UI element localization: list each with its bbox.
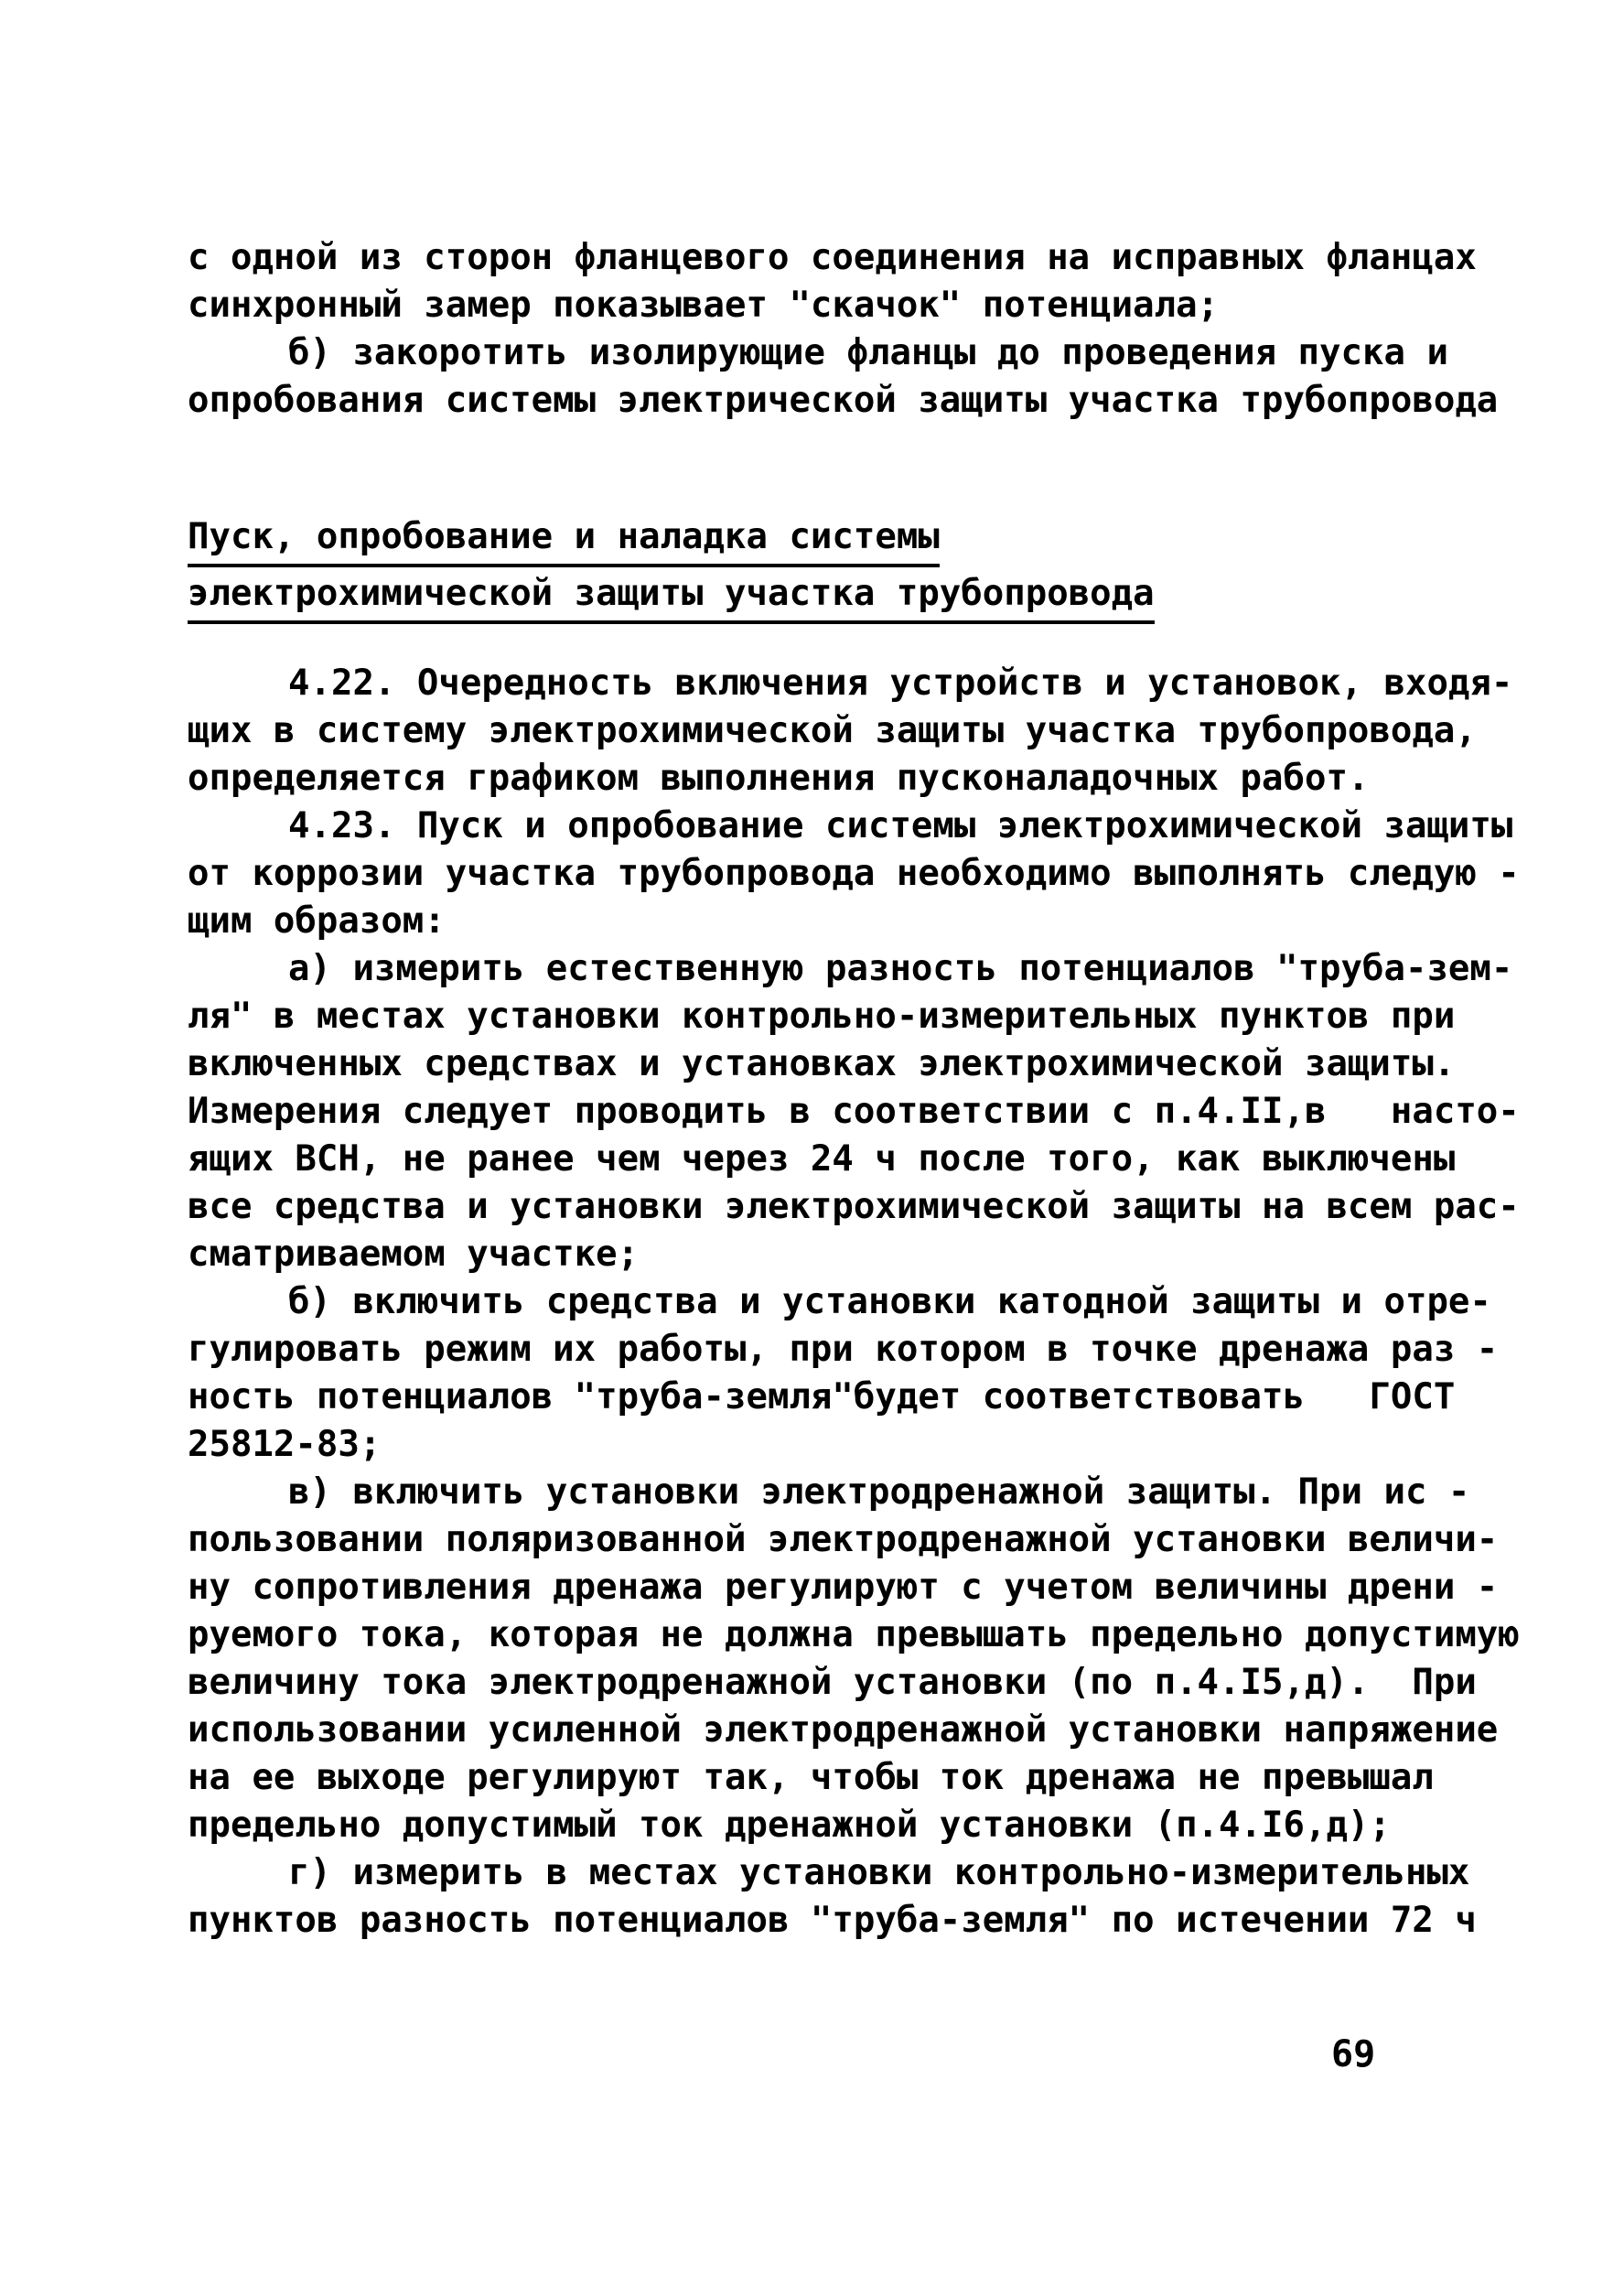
text-line: щим образом:	[188, 898, 1551, 945]
text-line: Пуск, опробование и наладка системы	[188, 514, 940, 567]
text-line: величину тока электродренажной установки…	[188, 1659, 1551, 1707]
text-line: определяется графиком выполнения пускона…	[188, 755, 1551, 803]
text-line: сматриваемом участке;	[188, 1231, 1551, 1278]
text-line: гулировать режим их работы, при котором …	[188, 1326, 1551, 1374]
text-line: 4.22. Очередность включения устройств и …	[188, 660, 1551, 707]
text-line: использовании усиленной электродренажной…	[188, 1707, 1551, 1754]
text-line: пользовании поляризованной электродренаж…	[188, 1516, 1551, 1564]
text-line: с одной из сторон фланцевого соединения …	[188, 234, 1551, 282]
text-line: электрохимической защиты участка трубопр…	[188, 571, 1155, 624]
text-line: все средства и установки электрохимическ…	[188, 1183, 1551, 1231]
section-heading: Пуск, опробование и наладка системыэлект…	[188, 514, 1551, 628]
text-line: б) закоротить изолирующие фланцы до пров…	[188, 329, 1551, 377]
text-line: щих в систему электрохимической защиты у…	[188, 707, 1551, 755]
text-line: Измерения следует проводить в соответств…	[188, 1088, 1551, 1136]
text-line: пунктов разность потенциалов "труба-земл…	[188, 1897, 1551, 1945]
text-line: ящих ВСН, не ранее чем через 24 ч после …	[188, 1136, 1551, 1183]
intro-paragraph: с одной из сторон фланцевого соединения …	[188, 234, 1551, 425]
text-line: руемого тока, которая не должна превышат…	[188, 1611, 1551, 1659]
document-page: с одной из сторон фланцевого соединения …	[0, 0, 1624, 2274]
text-line: ность потенциалов "труба-земля"будет соо…	[188, 1374, 1551, 1421]
text-line: опробования системы электрической защиты…	[188, 377, 1551, 425]
text-line: ну сопротивления дренажа регулируют с уч…	[188, 1564, 1551, 1611]
text-line: в) включить установки электродренажной з…	[188, 1469, 1551, 1516]
text-line: 4.23. Пуск и опробование системы электро…	[188, 803, 1551, 850]
text-line: б) включить средства и установки катодно…	[188, 1278, 1551, 1326]
text-line: на ее выходе регулируют так, чтобы ток д…	[188, 1754, 1551, 1802]
text-line: а) измерить естественную разность потенц…	[188, 945, 1551, 993]
text-line: включенных средствах и установках электр…	[188, 1040, 1551, 1088]
text-line: г) измерить в местах установки контрольн…	[188, 1849, 1551, 1897]
page-number: 69	[1331, 2033, 1375, 2075]
text-line: 25812-83;	[188, 1421, 1551, 1469]
section-body: 4.22. Очередность включения устройств и …	[188, 660, 1551, 1945]
text-line: от коррозии участка трубопровода необход…	[188, 850, 1551, 898]
text-line: синхронный замер показывает "скачок" пот…	[188, 282, 1551, 329]
text-line: ля" в местах установки контрольно-измери…	[188, 993, 1551, 1040]
text-line: предельно допустимый ток дренажной устан…	[188, 1802, 1551, 1849]
